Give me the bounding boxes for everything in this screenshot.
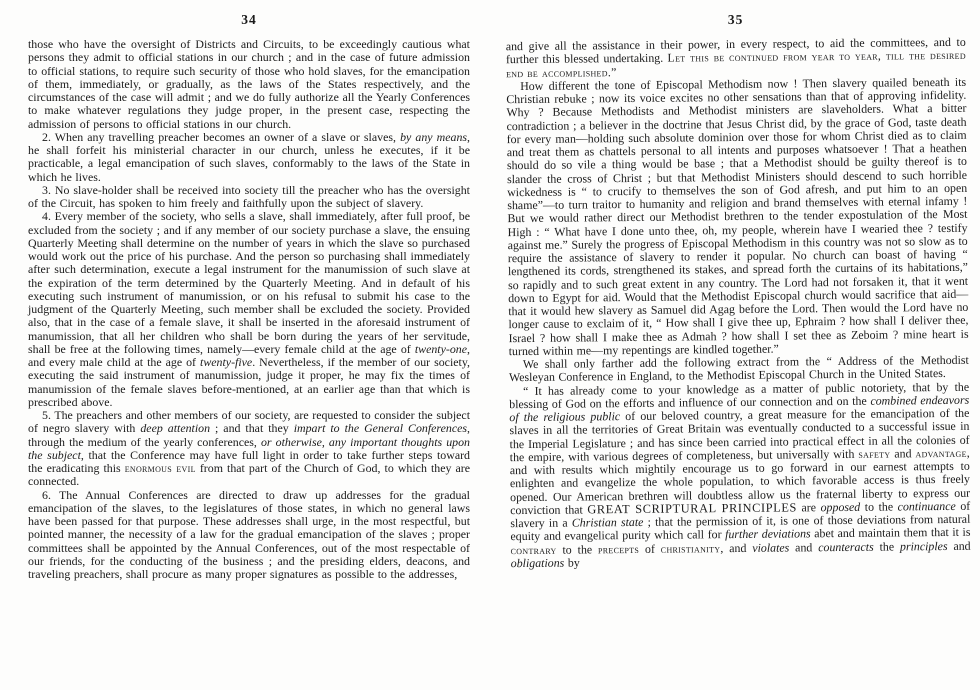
book-spread: 34 those who have the oversight of Distr… — [0, 0, 980, 690]
text-run: ; and that they — [210, 421, 294, 435]
text-run: those who have the oversight of District… — [28, 37, 470, 131]
text-run: 2. When any travelling preacher becomes … — [42, 130, 400, 144]
text-run: by — [564, 555, 580, 569]
text-run: twenty-one — [415, 342, 467, 356]
text-run: twenty-five — [200, 355, 252, 369]
text-run: precepts — [598, 541, 639, 555]
text-run: opposed — [820, 500, 860, 514]
text-run: violates — [752, 540, 789, 554]
text-run: to the — [557, 542, 599, 556]
text-run: christianity — [661, 541, 721, 556]
page-34-text: those who have the oversight of District… — [28, 38, 470, 581]
text-run: are — [797, 500, 821, 514]
text-run: and — [947, 538, 970, 552]
paragraph: those who have the oversight of District… — [28, 38, 470, 131]
text-run: safety — [858, 446, 890, 460]
paragraph: 5. The preachers and other members of ou… — [28, 409, 470, 489]
text-run: contrary — [511, 542, 557, 556]
page-35: 35 and give all the assistance in their … — [487, 0, 980, 690]
text-run: , and — [720, 540, 752, 554]
paragraph: 3. No slave-holder shall be received int… — [28, 184, 470, 211]
text-run: to the — [860, 499, 898, 513]
text-run: impart to the General Conferences — [294, 421, 467, 435]
text-run: 4. Every member of the society, who sell… — [28, 209, 470, 356]
paragraph: 2. When any travelling preacher becomes … — [28, 131, 470, 184]
text-run: and — [890, 446, 915, 460]
text-run: the — [874, 539, 900, 553]
page-34: 34 those who have the oversight of Distr… — [0, 0, 490, 690]
text-run: obligations — [511, 555, 565, 570]
text-run: How different the tone of Episcopal Meth… — [506, 75, 968, 358]
text-run: 6. The Annual Conferences are directed t… — [28, 488, 470, 582]
text-run: 3. No slave-holder shall be received int… — [28, 183, 470, 210]
page-number-left: 34 — [28, 12, 470, 28]
paragraph: “ It has already come to your knowledge … — [509, 380, 971, 570]
text-run: enormous evil — [125, 461, 196, 475]
text-run: and — [789, 540, 818, 554]
page-number-right: 35 — [505, 10, 965, 30]
text-run: counteracts — [818, 539, 874, 554]
text-run: deep attention — [140, 421, 210, 435]
text-run: of — [639, 541, 661, 555]
paragraph: and give all the assistance in their pow… — [506, 36, 966, 80]
paragraph: 4. Every member of the society, who sell… — [28, 210, 470, 409]
paragraph: 6. The Annual Conferences are directed t… — [28, 489, 470, 582]
text-run: advantage — [915, 446, 966, 460]
text-run: by any means — [400, 130, 467, 144]
text-run: principles — [900, 538, 948, 552]
page-35-text: and give all the assistance in their pow… — [506, 36, 971, 570]
paragraph: How different the tone of Episcopal Meth… — [506, 76, 969, 359]
